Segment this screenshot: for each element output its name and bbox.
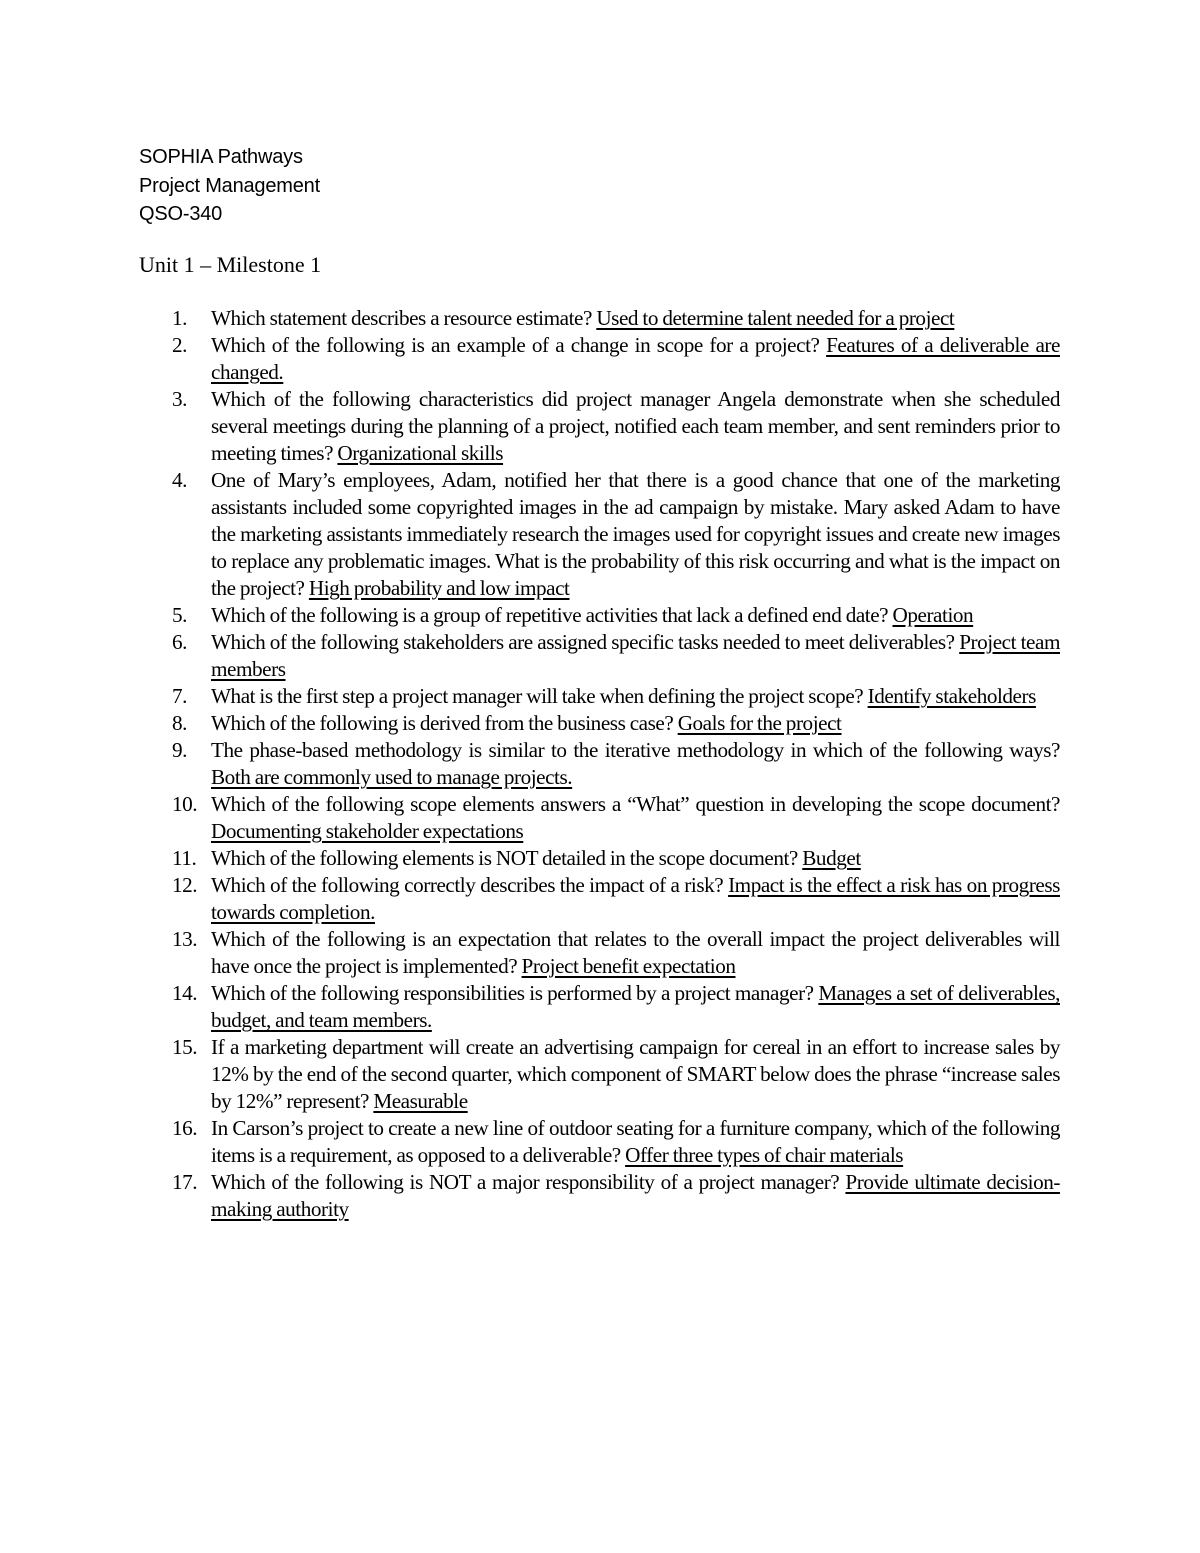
answer-text: Offer three types of chair materials: [625, 1143, 903, 1167]
question-number: 15.: [172, 1034, 208, 1061]
question-number: 8.: [172, 710, 208, 737]
question-number: 12.: [172, 872, 208, 899]
question-text: Which of the following is an example of …: [211, 333, 820, 357]
question-item: 1.Which statement describes a resource e…: [211, 305, 1060, 332]
header-course: Project Management: [139, 172, 320, 201]
question-item: 14.Which of the following responsibiliti…: [211, 980, 1060, 1034]
answer-text: Budget: [802, 846, 861, 870]
question-number: 4.: [172, 467, 208, 494]
question-number: 1.: [172, 305, 208, 332]
document-page: SOPHIA Pathways Project Management QSO-3…: [0, 0, 1200, 1553]
answer-text: Project benefit expectation: [522, 954, 736, 978]
question-text: Which statement describes a resource est…: [211, 306, 592, 330]
answer-text: Organizational skills: [337, 441, 503, 465]
question-item: 4.One of Mary’s employees, Adam, notifie…: [211, 467, 1060, 602]
question-number: 17.: [172, 1169, 208, 1196]
question-text: Which of the following is a group of rep…: [211, 603, 888, 627]
answer-text: Used to determine talent needed for a pr…: [596, 306, 954, 330]
answer-text: Goals for the project: [678, 711, 842, 735]
answer-text: Documenting stakeholder expectations: [211, 819, 523, 843]
question-number: 7.: [172, 683, 208, 710]
question-item: 16.In Carson’s project to create a new l…: [211, 1115, 1060, 1169]
answer-text: Measurable: [373, 1089, 467, 1113]
question-number: 13.: [172, 926, 208, 953]
question-item: 15.If a marketing department will create…: [211, 1034, 1060, 1115]
question-number: 16.: [172, 1115, 208, 1142]
question-text: Which of the following is NOT a major re…: [211, 1170, 839, 1194]
header-course-code: QSO-340: [139, 200, 320, 229]
question-number: 6.: [172, 629, 208, 656]
question-text: Which of the following elements is NOT d…: [211, 846, 798, 870]
answer-text: Operation: [893, 603, 974, 627]
question-list: 1.Which statement describes a resource e…: [211, 305, 1060, 1223]
question-item: 9.The phase-based methodology is similar…: [211, 737, 1060, 791]
question-number: 14.: [172, 980, 208, 1007]
question-item: 6.Which of the following stakeholders ar…: [211, 629, 1060, 683]
answer-text: Identify stakeholders: [868, 684, 1036, 708]
question-item: 5.Which of the following is a group of r…: [211, 602, 1060, 629]
header-pathway: SOPHIA Pathways: [139, 143, 320, 172]
question-text: What is the first step a project manager…: [211, 684, 863, 708]
question-number: 2.: [172, 332, 208, 359]
question-item: 2.Which of the following is an example o…: [211, 332, 1060, 386]
question-item: 7.What is the first step a project manag…: [211, 683, 1060, 710]
question-item: 12.Which of the following correctly desc…: [211, 872, 1060, 926]
question-text: Which of the following responsibilities …: [211, 981, 814, 1005]
question-item: 11.Which of the following elements is NO…: [211, 845, 1060, 872]
question-text: Which of the following correctly describ…: [211, 873, 723, 897]
question-number: 5.: [172, 602, 208, 629]
section-title: Unit 1 – Milestone 1: [139, 251, 321, 279]
question-item: 17.Which of the following is NOT a major…: [211, 1169, 1060, 1223]
question-item: 8.Which of the following is derived from…: [211, 710, 1060, 737]
question-text: The phase-based methodology is similar t…: [211, 738, 1060, 762]
question-number: 9.: [172, 737, 208, 764]
question-text: Which of the following stakeholders are …: [211, 630, 955, 654]
answer-text: High probability and low impact: [309, 576, 570, 600]
question-number: 11.: [172, 845, 208, 872]
answer-text: Both are commonly used to manage project…: [211, 765, 572, 789]
question-item: 10.Which of the following scope elements…: [211, 791, 1060, 845]
question-item: 13.Which of the following is an expectat…: [211, 926, 1060, 980]
question-text: Which of the following is derived from t…: [211, 711, 673, 735]
question-number: 3.: [172, 386, 208, 413]
question-text: Which of the following scope elements an…: [211, 792, 1060, 816]
question-number: 10.: [172, 791, 208, 818]
question-item: 3.Which of the following characteristics…: [211, 386, 1060, 467]
document-header: SOPHIA Pathways Project Management QSO-3…: [139, 143, 320, 229]
question-text: If a marketing department will create an…: [211, 1035, 1060, 1113]
